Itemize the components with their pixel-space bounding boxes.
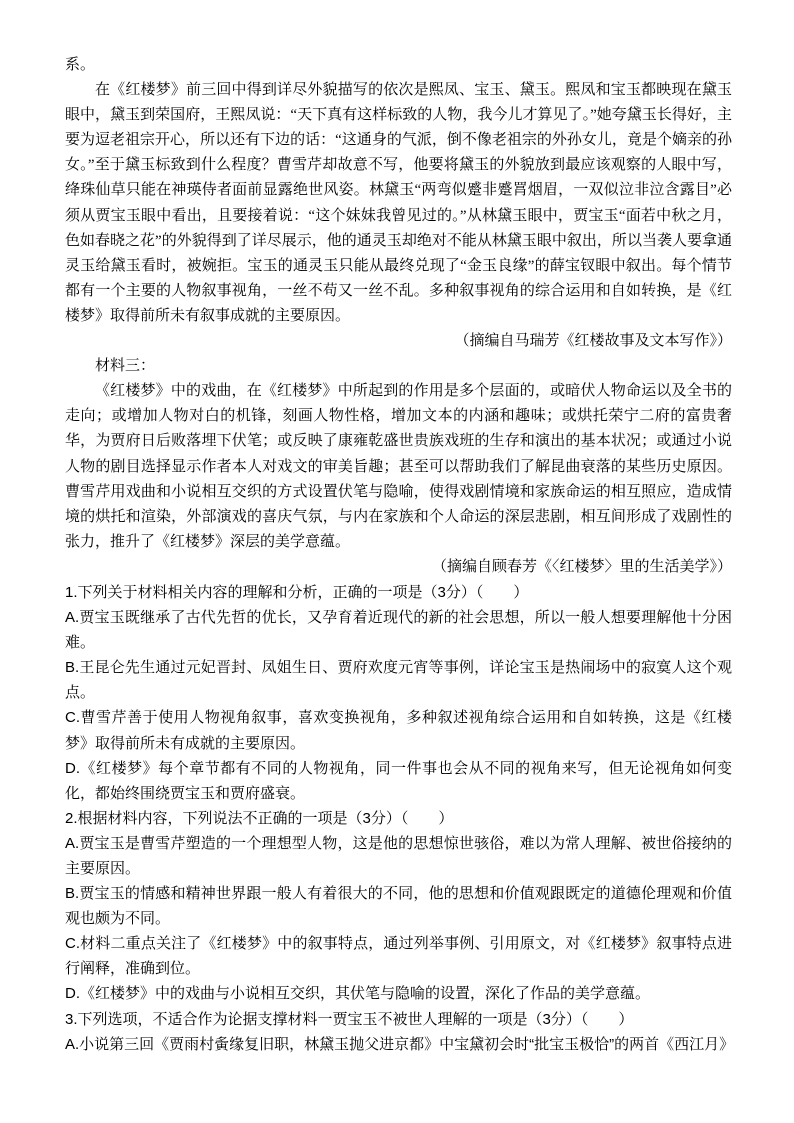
material-3-paragraph: 《红楼梦》中的戏曲，在《红楼梦》中所起到的作用是多个层面的，或暗伏人物命运以及全…: [65, 379, 732, 555]
question-2: 2.根据材料内容，下列说法不正确的一项是（3分）（ ） A.贾宝玉是曹雪芹塑造的…: [65, 806, 732, 1007]
question-2-stem: 2.根据材料内容，下列说法不正确的一项是（3分）（ ）: [65, 806, 732, 831]
question-2-option-d: D.《红楼梦》中的戏曲与小说相互交织，其伏笔与隐喻的设置，深化了作品的美学意蕴。: [65, 981, 732, 1006]
question-2-option-a: A.贾宝玉是曹雪芹塑造的一个理想型人物，这是他的思想惊世骇俗，难以为常人理解、被…: [65, 831, 732, 881]
question-3-option-a: A.小说第三回《贾雨村夤缘复旧职，林黛玉抛父进京都》中宝黛初会时“批宝玉极恰”的…: [65, 1032, 732, 1057]
question-1-option-b: B.王昆仑先生通过元妃晋封、凤姐生日、贾府欢度元宵等事例，详论宝玉是热闹场中的寂…: [65, 655, 732, 705]
material-2-attribution: （摘编自马瑞芳《红楼故事及文本写作》）: [65, 329, 732, 354]
question-1-option-c: C.曹雪芹善于使用人物视角叙事，喜欢变换视角，多种叙述视角综合运用和自如转换，这…: [65, 705, 732, 755]
question-1-stem: 1.下列关于材料相关内容的理解和分析，正确的一项是（3分）（ ）: [65, 580, 732, 605]
question-1: 1.下列关于材料相关内容的理解和分析，正确的一项是（3分）（ ） A.贾宝玉既继…: [65, 580, 732, 806]
material-2-continuation-fragment: 系。: [65, 53, 732, 78]
question-1-option-a: A.贾宝玉既继承了古代先哲的优长，又孕育着近现代的新的社会思想，所以一般人想要理…: [65, 605, 732, 655]
question-3-stem: 3.下列选项，不适合作为论据支撑材料一贾宝玉不被世人理解的一项是（3分）（ ）: [65, 1007, 732, 1032]
material-3-attribution: （摘编自顾春芳《〈红楼梦〉里的生活美学》）: [65, 555, 732, 580]
question-2-option-c: C.材料二重点关注了《红楼梦》中的叙事特点，通过列举事例、引用原文，对《红楼梦》…: [65, 931, 732, 981]
exam-document-page: 系。 在《红楼梦》前三回中得到详尽外貌描写的依次是熙凤、宝玉、黛玉。熙凤和宝玉都…: [0, 0, 794, 1123]
question-3: 3.下列选项，不适合作为论据支撑材料一贾宝玉不被世人理解的一项是（3分）（ ） …: [65, 1007, 732, 1057]
question-1-option-d: D.《红楼梦》每个章节都有不同的人物视角，同一件事也会从不同的视角来写，但无论视…: [65, 756, 732, 806]
material-3-heading: 材料三：: [65, 354, 732, 379]
question-2-option-b: B.贾宝玉的情感和精神世界跟一般人有着很大的不同，他的思想和价值观跟既定的道德伦…: [65, 881, 732, 931]
material-2-paragraph: 在《红楼梦》前三回中得到详尽外貌描写的依次是熙凤、宝玉、黛玉。熙凤和宝玉都映现在…: [65, 78, 732, 329]
